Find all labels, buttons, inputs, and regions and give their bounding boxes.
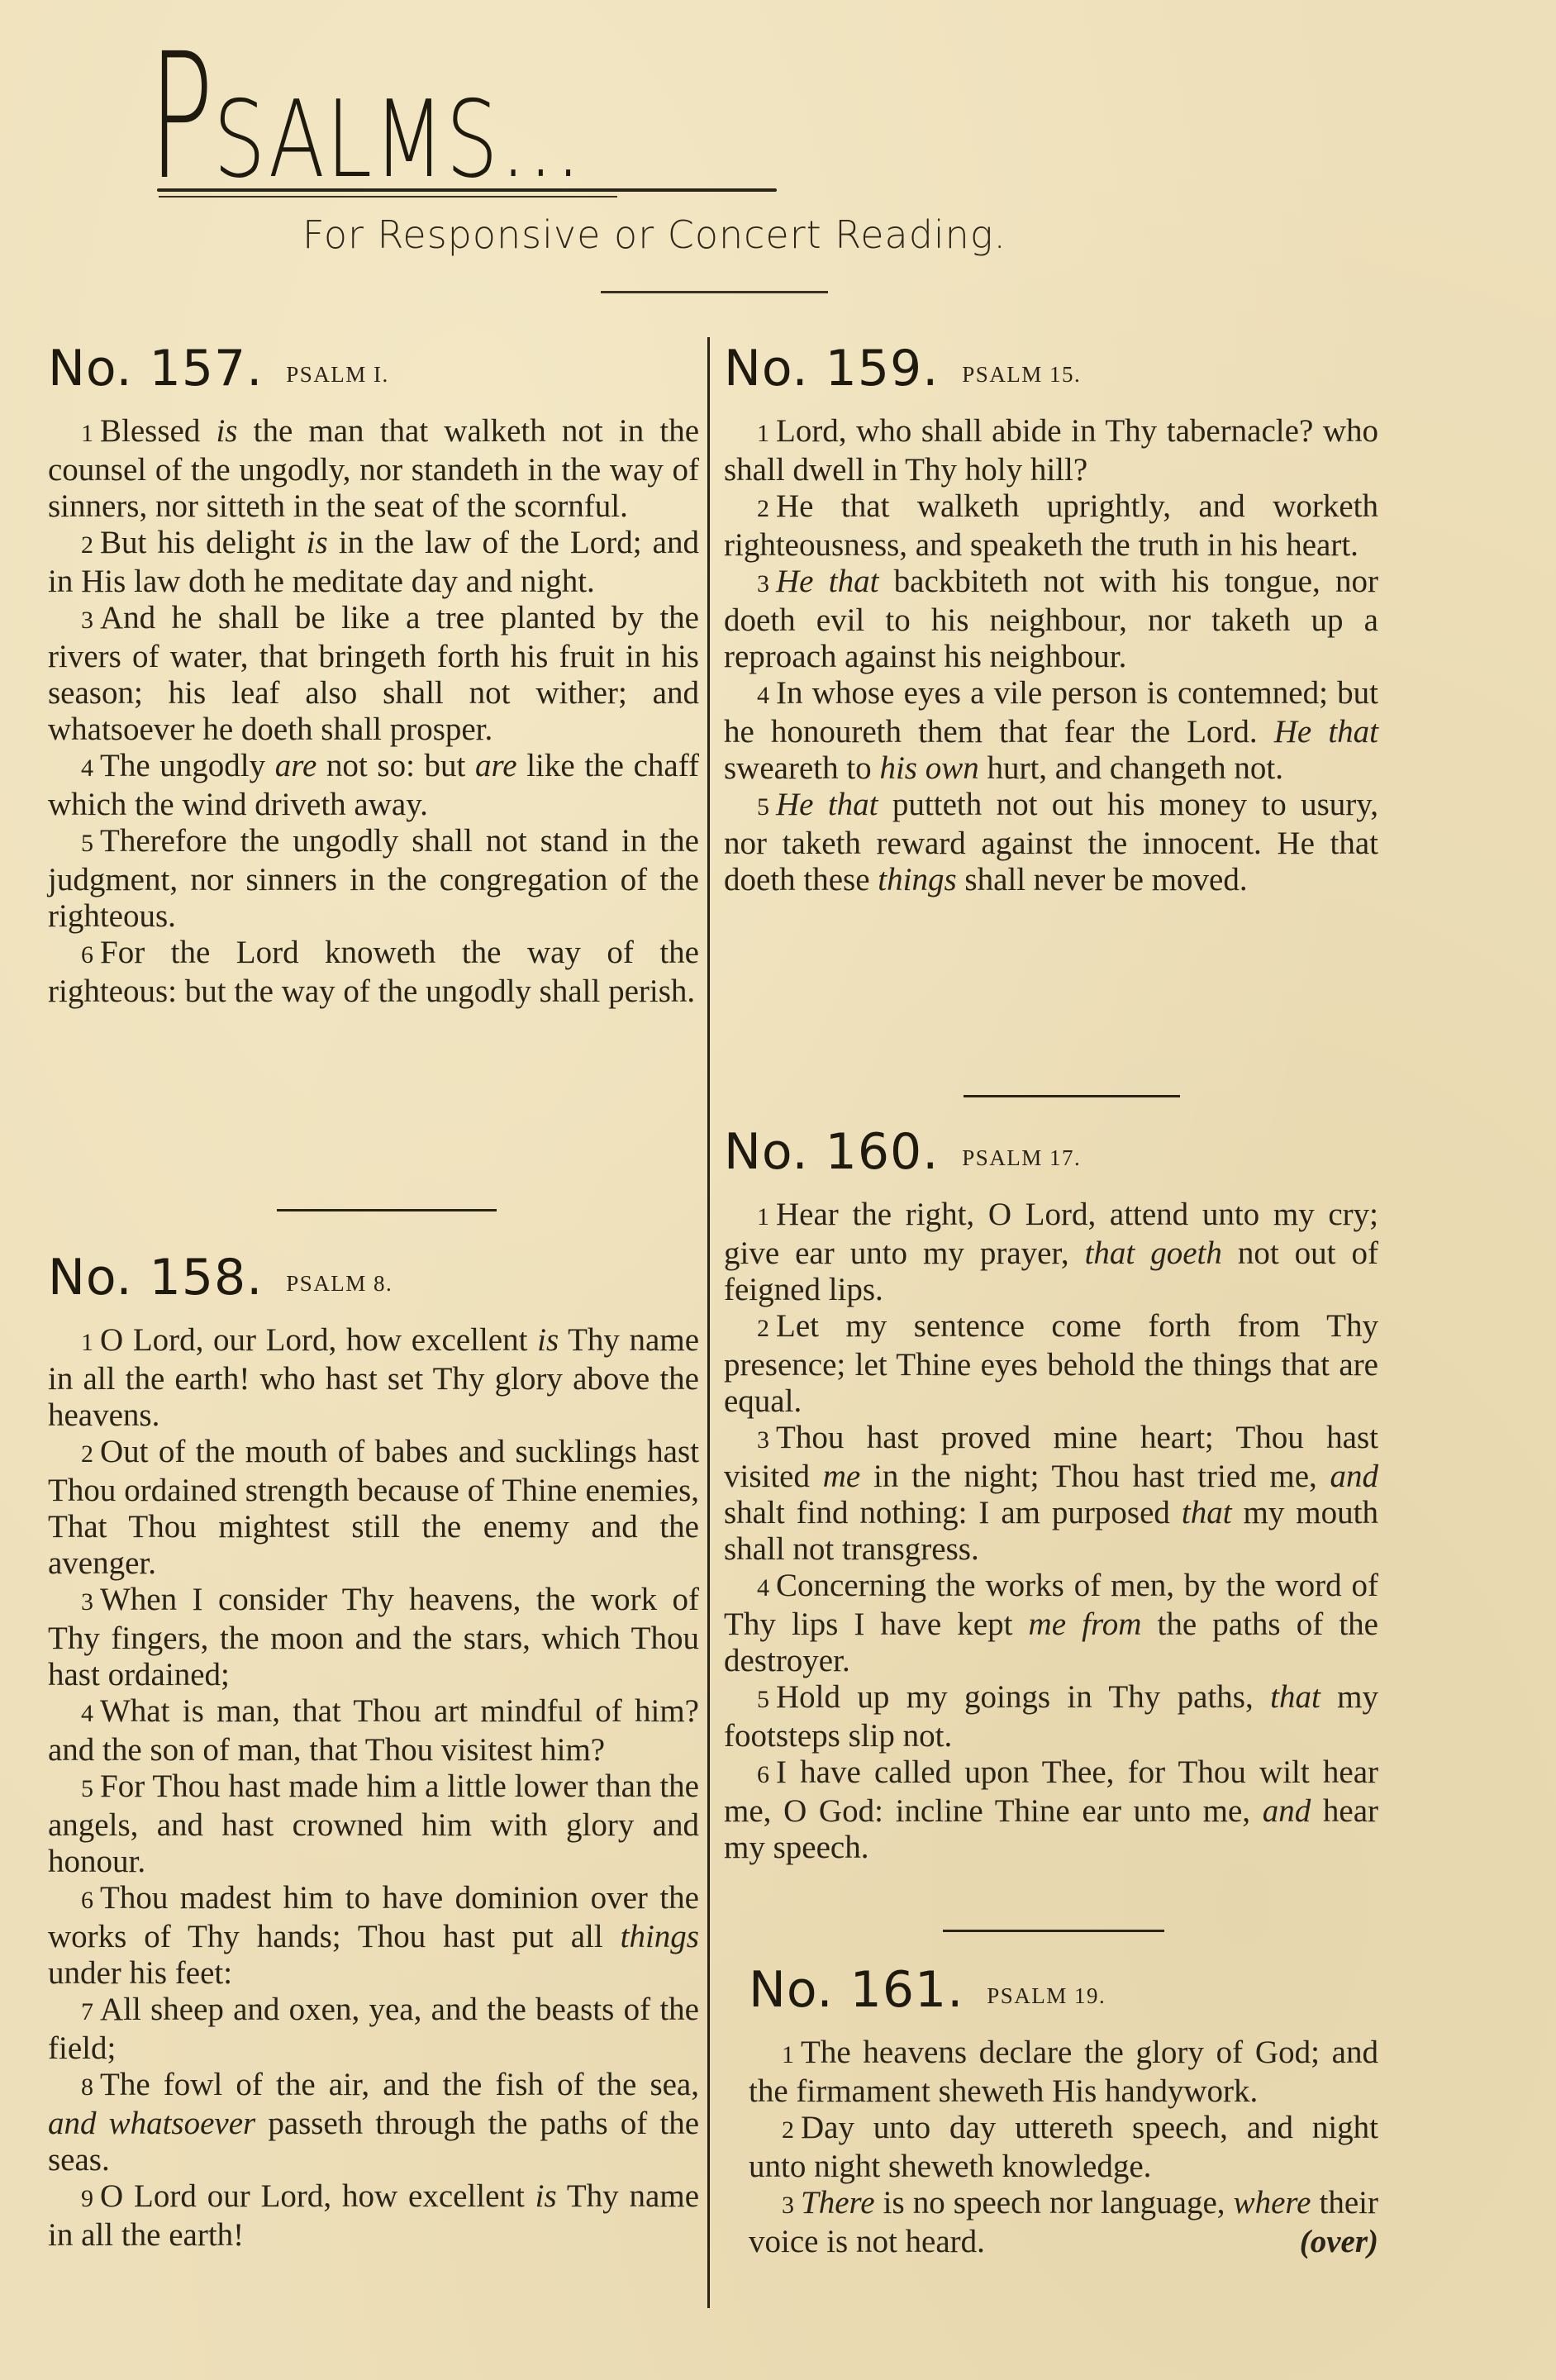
verse-text: Therefore the ungodly shall not stand in…	[48, 823, 699, 934]
verse-text-italic: that	[1182, 1495, 1232, 1530]
verse: 4In whose eyes a vile person is contemne…	[724, 675, 1378, 787]
verse-number: 3	[757, 570, 769, 597]
verse-text-italic: is	[535, 2178, 557, 2214]
verse-number: 3	[782, 2192, 794, 2219]
verse-text: When I consider Thy heavens, the work of…	[48, 1582, 699, 1692]
verse-text-italic: is	[307, 525, 328, 560]
verse-text: Blessed	[100, 413, 216, 449]
verse-number: 7	[81, 1998, 93, 2025]
psalm-160: No. 160.PSALM 17. 1Hear the right, O Lor…	[724, 1121, 1378, 1866]
verse-text: Lord, who shall abide in Thy tabernacle?…	[724, 413, 1378, 488]
verse-text: Out of the mouth of babes and sucklings …	[48, 1434, 699, 1581]
psalm-159: No. 159.PSALM 15. 1Lord, who shall abide…	[724, 337, 1378, 898]
verse: 3Thou hast proved mine heart; Thou hast …	[724, 1420, 1378, 1568]
verse-number: 1	[81, 1329, 93, 1356]
verse-number: 5	[81, 1775, 93, 1802]
verse-list: 1Blessed is the man that walketh not in …	[48, 413, 699, 1010]
verse-text-italic: and whatsoever	[48, 2106, 255, 2141]
verse-text: Day unto day uttereth speech, and night …	[749, 2110, 1378, 2184]
verse-number: 6	[757, 1761, 769, 1788]
verse-number: 4	[81, 1700, 93, 1727]
verse-text-italic: He that	[776, 564, 878, 599]
verse-text-italic: that goeth	[1085, 1235, 1222, 1271]
verse-text: O Lord our Lord, how excellent	[100, 2178, 535, 2214]
verse: 6Thou madest him to have dominion over t…	[48, 1880, 699, 1992]
verse: 3He that backbiteth not with his tongue,…	[724, 564, 1378, 675]
verse-number: 1	[757, 420, 769, 447]
verse-text-italic: where	[1234, 2185, 1311, 2221]
verse-text-italic: and	[1263, 1793, 1311, 1829]
verse-list: 1Lord, who shall abide in Thy tabernacle…	[724, 413, 1378, 898]
verse-number: 6	[81, 941, 93, 969]
verse: 1Blessed is the man that walketh not in …	[48, 413, 699, 525]
verse-text: Thou madest him to have dominion over th…	[48, 1880, 699, 1954]
verse: 4The ungodly are not so: but are like th…	[48, 748, 699, 823]
verse-list: 1O Lord, our Lord, how excellent is Thy …	[48, 1322, 699, 2254]
verse: 9O Lord our Lord, how excellent is Thy n…	[48, 2178, 699, 2254]
psalm-reference: PSALM 8.	[286, 1271, 393, 1296]
section-separator	[964, 1095, 1180, 1097]
continued-over-note[interactable]: (over)	[1300, 2224, 1378, 2259]
verse-text: O Lord, our Lord, how excellent	[100, 1322, 537, 1358]
verse-text: is no speech nor language,	[875, 2185, 1234, 2221]
title-underline-thin	[159, 196, 617, 198]
verse-text: hurt, and changeth not.	[979, 750, 1283, 786]
verse: 2Let my sentence come forth from Thy pre…	[724, 1308, 1378, 1420]
verse-list: 1Hear the right, O Lord, attend unto my …	[724, 1197, 1378, 1866]
verse-number: 1	[757, 1203, 769, 1230]
section-separator	[277, 1209, 497, 1211]
verse: 1O Lord, our Lord, how excellent is Thy …	[48, 1322, 699, 1434]
verse-text: sweareth to	[724, 750, 879, 786]
verse-text: He that walketh uprightly, and worketh r…	[724, 488, 1378, 563]
subtitle-rule	[601, 291, 828, 293]
verse: 8The fowl of the air, and the fish of th…	[48, 2067, 699, 2178]
verse-text-italic: He that	[1274, 714, 1378, 750]
verse-text: All sheep and oxen, yea, and the beasts …	[48, 1992, 699, 2066]
verse: 1Hear the right, O Lord, attend unto my …	[724, 1197, 1378, 1308]
verse-number: 3	[81, 1588, 93, 1616]
psalm-reference: PSALM 15.	[962, 362, 1081, 387]
verse-text: Let my sentence come forth from Thy pres…	[724, 1308, 1378, 1419]
verse-number: 4	[757, 682, 769, 709]
verse-text: not so: but	[316, 748, 475, 783]
psalm-161: No. 161.PSALM 19. 1The heavens declare t…	[749, 1959, 1378, 2260]
psalm-number: No. 161.	[749, 1961, 964, 2019]
psalm-heading: No. 160.PSALM 17.	[724, 1121, 1378, 1183]
psalm-158: No. 158.PSALM 8. 1O Lord, our Lord, how …	[48, 1246, 699, 2254]
verse: 1The heavens declare the glory of God; a…	[749, 2035, 1378, 2110]
verse-text: Hold up my goings in Thy paths,	[776, 1679, 1270, 1715]
verse-number: 5	[757, 793, 769, 821]
verse-text-italic: me from	[1029, 1606, 1142, 1642]
page-title: P SALMS…	[149, 43, 777, 192]
verse-text-italic: me	[823, 1459, 860, 1494]
verse-number: 2	[81, 1440, 93, 1468]
verse-number: 2	[782, 2116, 794, 2144]
verse-text-italic: There	[801, 2185, 875, 2221]
psalm-number: No. 159.	[724, 340, 939, 397]
psalm-heading: No. 161.PSALM 19.	[749, 1959, 1378, 2021]
verse: 4What is man, that Thou art mindful of h…	[48, 1693, 699, 1768]
verse-text: The fowl of the air, and the fish of the…	[100, 2067, 699, 2102]
psalm-reference: PSALM 19.	[987, 1983, 1106, 2008]
verse-text-italic: is	[537, 1322, 559, 1358]
page-subtitle: For Responsive or Concert Reading.	[302, 212, 1145, 258]
column-divider	[707, 337, 710, 2308]
title-initial: P	[149, 43, 212, 192]
psalm-reference: PSALM 17.	[962, 1145, 1081, 1170]
verse-number: 1	[782, 2041, 794, 2068]
verse-text: shalt find nothing: I am purposed	[724, 1495, 1182, 1530]
verse-number: 2	[81, 531, 93, 559]
verse-number: 3	[757, 1426, 769, 1454]
verse: 4Concerning the works of men, by the wor…	[724, 1568, 1378, 1679]
verse-number: 5	[81, 830, 93, 857]
verse: 5For Thou hast made him a little lower t…	[48, 1768, 699, 1880]
title-underline	[157, 188, 777, 192]
verse: 3And he shall be like a tree planted by …	[48, 600, 699, 748]
verse-number: 2	[757, 1315, 769, 1342]
verse-number: 4	[81, 754, 93, 782]
verse: 2Day unto day uttereth speech, and night…	[749, 2110, 1378, 2185]
verse: 7All sheep and oxen, yea, and the beasts…	[48, 1992, 699, 2067]
verse-text: For Thou hast made him a little lower th…	[48, 1768, 699, 1879]
verse-number: 1	[81, 420, 93, 447]
psalm-number: No. 158.	[48, 1249, 263, 1307]
psalm-heading: No. 158.PSALM 8.	[48, 1246, 699, 1309]
psalm-heading: No. 159.PSALM 15.	[724, 337, 1378, 400]
verse-text-italic: He that	[776, 787, 878, 822]
psalm-number: No. 160.	[724, 1123, 939, 1181]
verse: 5Therefore the ungodly shall not stand i…	[48, 823, 699, 935]
psalm-number: No. 157.	[48, 340, 263, 397]
verse: 2Out of the mouth of babes and sucklings…	[48, 1434, 699, 1582]
verse-text-italic: are	[275, 748, 317, 783]
verse-text-italic: is	[216, 413, 237, 449]
verse-number: 8	[81, 2073, 93, 2101]
verse-number: 2	[757, 495, 769, 522]
verse: 2He that walketh uprightly, and worketh …	[724, 488, 1378, 564]
verse-text-italic: that	[1270, 1679, 1320, 1715]
verse-text: What is man, that Thou art mindful of hi…	[48, 1693, 699, 1768]
verse-text: under his feet:	[48, 1955, 232, 1991]
psalm-heading: No. 157.PSALM I.	[48, 337, 699, 400]
verse-text-italic: things	[621, 1919, 699, 1954]
verse: 6For the Lord knoweth the way of the rig…	[48, 935, 699, 1010]
verse-number: 3	[81, 607, 93, 634]
verse-text-italic: and	[1330, 1459, 1379, 1494]
verse-text: And he shall be like a tree planted by t…	[48, 600, 699, 747]
psalm-157: No. 157.PSALM I. 1Blessed is the man tha…	[48, 337, 699, 1010]
verse: 3When I consider Thy heavens, the work o…	[48, 1582, 699, 1693]
title-rest: SALMS…	[213, 91, 583, 190]
psalm-reference: PSALM I.	[286, 362, 389, 387]
verse-text-italic: things	[878, 862, 956, 897]
verse: 2But his delight is in the law of the Lo…	[48, 525, 699, 600]
verse-text: in the night; Thou hast tried me,	[860, 1459, 1330, 1494]
verse-number: 5	[757, 1686, 769, 1713]
verse: 5He that putteth not out his money to us…	[724, 787, 1378, 898]
verse-text: The ungodly	[100, 748, 275, 783]
verse-text: shall never be moved.	[957, 862, 1248, 897]
verse-text: For the Lord knoweth the way of the righ…	[48, 935, 699, 1009]
verse: 1Lord, who shall abide in Thy tabernacle…	[724, 413, 1378, 488]
verse-number: 6	[81, 1887, 93, 1914]
verse: 5Hold up my goings in Thy paths, that my…	[724, 1679, 1378, 1754]
verse-text: But his delight	[100, 525, 307, 560]
verse-number: 9	[81, 2185, 93, 2212]
verse-text: The heavens declare the glory of God; an…	[749, 2035, 1378, 2109]
verse-text-italic: are	[475, 748, 517, 783]
verse-text-italic: his own	[879, 750, 978, 786]
verse: 6I have called upon Thee, for Thou wilt …	[724, 1754, 1378, 1866]
book-page: P SALMS… For Responsive or Concert Readi…	[0, 0, 1556, 2380]
verse-number: 4	[757, 1574, 769, 1602]
section-separator	[943, 1930, 1164, 1932]
